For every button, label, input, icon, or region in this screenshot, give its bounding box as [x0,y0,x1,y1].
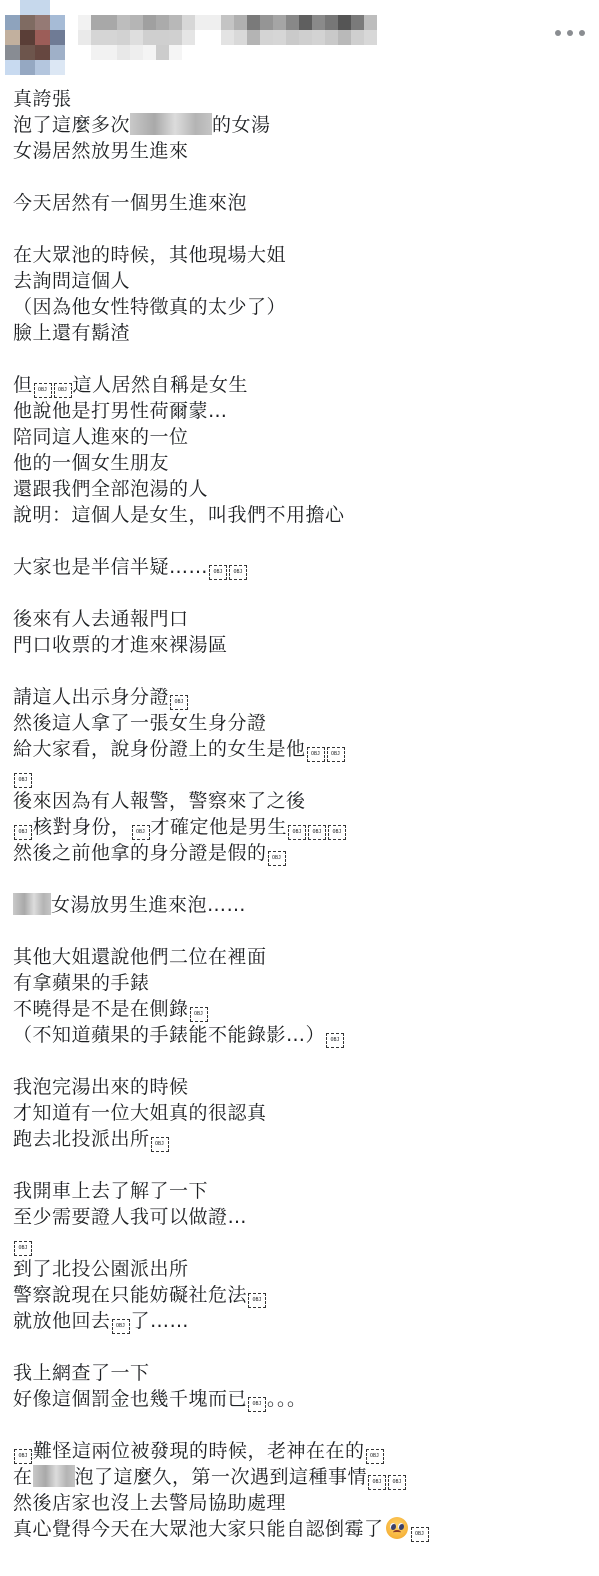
avatar-pixel [35,30,50,45]
post-text: 泡了這麼久，第一次遇到這種事情 [75,1466,368,1488]
post-text: 他說他是打男性荷爾蒙… [13,400,228,422]
post-header [0,0,599,80]
obj-placeholder-icon: OBJ [14,1449,32,1464]
avatar-pixel [35,45,50,60]
name-blur-pixel [117,30,130,45]
name-blur-pixel [156,30,169,45]
post-text: 有拿蘋果的手錶 [13,972,150,994]
obj-placeholder-icon: OBJ [34,383,52,398]
name-blur-pixel [130,30,143,45]
name-blur-pixel [338,15,351,30]
post-line: 跑去北投派出所OBJ [13,1126,583,1152]
post-line: 女湯居然放男生進來 [13,138,583,164]
name-blur-pixel [312,30,325,45]
name-blur-pixel [299,15,312,30]
name-blur-pixel [221,15,234,30]
name-blur-pixel [364,30,377,45]
avatar-pixel [5,0,20,15]
avatar-pixel [5,45,20,60]
name-blur-pixel [130,15,143,30]
avatar-pixel [50,45,65,60]
post-line: OBJ [13,762,583,788]
post-text: 我上網查了一下 [13,1362,150,1384]
blank-line [13,164,583,190]
post-line: （不知道蘋果的手錶能不能錄影…）OBJ [13,1022,583,1048]
avatar-pixel [5,30,20,45]
post-text: 這人居然自稱是女生 [73,374,249,396]
post-line: （因為他女性特徵真的太少了） [13,294,583,320]
post-text: 在大眾池的時候，其他現場大姐 [13,244,286,266]
name-blur-pixel [78,45,91,60]
name-blur-pixel [195,15,208,30]
post-line: 然後之前他拿的身分證是假的OBJ [13,840,583,866]
post-text: 真誇張 [13,88,72,110]
avatar-pixel [35,15,50,30]
post-body: 真誇張泡了這麼多次的女湯女湯居然放男生進來今天居然有一個男生進來泡在大眾池的時候… [13,86,583,1542]
post-line: 在泡了這麼久，第一次遇到這種事情OBJOBJ [13,1464,583,1490]
name-blur-pixel [169,45,182,60]
name-blur-pixel [104,30,117,45]
blank-line [13,658,583,684]
avatar-pixel [20,0,35,15]
name-blur-pixel [156,15,169,30]
avatar-pixel [20,45,35,60]
post-line: 說明：這個人是女生，叫我們不用擔心 [13,502,583,528]
post-text: 陪同這人進來的一位 [13,426,189,448]
name-blur-pixel [325,45,338,60]
name-blur-pixel [195,45,208,60]
obj-placeholder-icon: OBJ [209,565,227,580]
name-blur-pixel [234,30,247,45]
post-text: 至少需要證人我可以做證… [13,1206,247,1228]
obj-placeholder-icon: OBJ [248,1397,266,1412]
name-blur-pixel [351,45,364,60]
post-line: OBJ難怪這兩位被發現的時候，老神在在的OBJ [13,1438,583,1464]
obj-placeholder-icon: OBJ [307,747,325,762]
post-line: 其他大姐還說他們二位在裡面 [13,944,583,970]
more-horizontal-icon [567,30,573,36]
name-blur-pixel [312,45,325,60]
name-blur-pixel [260,15,273,30]
name-blur-pixel [364,45,377,60]
avatar-pixel [5,60,20,75]
post-line: 不曉得是不是在側錄OBJ [13,996,583,1022]
name-blur-pixel [338,45,351,60]
obj-placeholder-icon: OBJ [411,1527,429,1542]
post-text: 說明：這個人是女生，叫我們不用擔心 [13,504,345,526]
post-text: 在 [13,1466,33,1488]
post-text: 然後店家也沒上去警局協助處理 [13,1492,286,1514]
avatar-pixel [20,15,35,30]
post-line: 到了北投公園派出所 [13,1256,583,1282]
post-line: 臉上還有鬍渣 [13,320,583,346]
more-horizontal-icon [555,30,561,36]
post-text: 門口收票的才進來裸湯區 [13,634,228,656]
post-line: 真心覺得今天在大眾池大家只能自認倒霉了OBJ [13,1516,583,1542]
post-line: 女湯放男生進來泡…… [13,892,583,918]
name-blur-pixel [312,15,325,30]
blank-line [13,1152,583,1178]
name-blur-pixel [117,45,130,60]
post-text: 女湯居然放男生進來 [13,140,189,162]
post-text: 了…… [131,1310,190,1332]
blank-line [13,1048,583,1074]
obj-placeholder-icon: OBJ [151,1137,169,1152]
name-blur-pixel [325,15,338,30]
name-blur-pixel [169,30,182,45]
name-blur-pixel [338,30,351,45]
name-blur-pixel [299,30,312,45]
name-blur-pixel [182,30,195,45]
name-blur-pixel [195,30,208,45]
obj-placeholder-icon: OBJ [170,695,188,710]
post-text: 還跟我們全部泡湯的人 [13,478,208,500]
name-blur-pixel [104,45,117,60]
post-text: 。。。 [267,1388,307,1410]
post-text: 今天居然有一個男生進來泡 [13,192,247,214]
avatar-pixel [50,0,65,15]
obj-placeholder-icon: OBJ [229,565,247,580]
name-blur-pixel [208,15,221,30]
name-blur-pixel [247,15,260,30]
post-line: 但OBJOBJ這人居然自稱是女生 [13,372,583,398]
blank-line [13,1334,583,1360]
post-line: 後來有人去通報門口 [13,606,583,632]
obj-placeholder-icon: OBJ [327,747,345,762]
post-line: 給大家看，說身份證上的女生是他OBJOBJ [13,736,583,762]
blank-line [13,528,583,554]
name-blur-pixel [247,30,260,45]
post-line: 陪同這人進來的一位 [13,424,583,450]
obj-placeholder-icon: OBJ [248,1293,266,1308]
more-options-button[interactable] [555,25,585,41]
blank-line [13,346,583,372]
post-line: 泡了這麼多次的女湯 [13,112,583,138]
name-blur-pixel [260,30,273,45]
post-line: 就放他回去OBJ了…… [13,1308,583,1334]
obj-placeholder-icon: OBJ [388,1475,406,1490]
post-text: 然後之前他拿的身分證是假的 [13,842,267,864]
name-blur-pixel [221,45,234,60]
name-blur-pixel [299,45,312,60]
post-line: 至少需要證人我可以做證… [13,1204,583,1230]
name-blur-pixel [273,30,286,45]
post-line: 還跟我們全部泡湯的人 [13,476,583,502]
obj-placeholder-icon: OBJ [14,825,32,840]
post-text: 他的一個女生朋友 [13,452,169,474]
post-line: 然後店家也沒上去警局協助處理 [13,1490,583,1516]
name-blur-pixel [143,15,156,30]
blank-line [13,866,583,892]
avatar-pixel [20,30,35,45]
post-line: 在大眾池的時候，其他現場大姐 [13,242,583,268]
censored-blur [130,113,212,135]
name-blur-pixel [234,15,247,30]
name-blur-pixel [286,15,299,30]
post-text: 但 [13,374,33,396]
blank-line [13,580,583,606]
post-text: 才知道有一位大姐真的很認真 [13,1102,267,1124]
name-blur-pixel [78,30,91,45]
post-text: 好像這個罰金也幾千塊而已 [13,1388,247,1410]
name-blur-pixel [273,15,286,30]
name-blur-pixel [260,45,273,60]
avatar-pixel [35,60,50,75]
name-blur-pixel [156,45,169,60]
post-text: 女湯放男生進來泡…… [51,894,246,916]
name-blur-pixel [91,30,104,45]
name-blur-pixel [351,30,364,45]
obj-placeholder-icon: OBJ [14,773,32,788]
post-text: 警察說現在只能妨礙社危法 [13,1284,247,1306]
obj-placeholder-icon: OBJ [54,383,72,398]
avatar-pixel [5,15,20,30]
post-text: 難怪這兩位被發現的時候，老神在在的 [33,1440,365,1462]
post-line: 警察說現在只能妨礙社危法OBJ [13,1282,583,1308]
name-blur-pixel [169,15,182,30]
post-line: 請這人出示身分證OBJ [13,684,583,710]
name-blur-pixel [117,15,130,30]
obj-placeholder-icon: OBJ [326,1033,344,1048]
name-blur-pixel [182,45,195,60]
post-line: 好像這個罰金也幾千塊而已OBJ。。。 [13,1386,583,1412]
avatar-pixel [50,30,65,45]
post-line: 他的一個女生朋友 [13,450,583,476]
post-text: 給大家看，說身份證上的女生是他 [13,738,306,760]
post-text: 去詢問這個人 [13,270,130,292]
avatar-pixel [20,60,35,75]
post-text: 臉上還有鬍渣 [13,322,130,344]
post-line: 才知道有一位大姐真的很認真 [13,1100,583,1126]
name-blur-pixel [273,45,286,60]
obj-placeholder-icon: OBJ [190,1007,208,1022]
post-line: 門口收票的才進來裸湯區 [13,632,583,658]
post-line: 然後這人拿了一張女生身分證 [13,710,583,736]
post-text: 的女湯 [212,114,271,136]
name-blur-pixel [130,45,143,60]
post-line: 他說他是打男性荷爾蒙… [13,398,583,424]
post-text: 就放他回去 [13,1310,111,1332]
post-text: 泡了這麼多次 [13,114,130,136]
obj-placeholder-icon: OBJ [268,851,286,866]
name-blur-pixel [143,45,156,60]
name-blur-pixel [78,15,91,30]
post-text: 其他大姐還說他們二位在裡面 [13,946,267,968]
blank-line [13,216,583,242]
name-blur-pixel [143,30,156,45]
name-blur-pixel [91,15,104,30]
post-text: 我泡完湯出來的時候 [13,1076,189,1098]
post-line: 後來因為有人報警，警察來了之後 [13,788,583,814]
author-name-blurred[interactable] [78,15,368,60]
post-line: 今天居然有一個男生進來泡 [13,190,583,216]
obj-placeholder-icon: OBJ [112,1319,130,1334]
avatar-pixel [35,0,50,15]
avatar-pixel [50,15,65,30]
obj-placeholder-icon: OBJ [328,825,346,840]
obj-placeholder-icon: OBJ [368,1475,386,1490]
post-text: （因為他女性特徵真的太少了） [13,296,286,318]
name-blur-pixel [208,45,221,60]
post-text: 真心覺得今天在大眾池大家只能自認倒霉了 [13,1518,384,1540]
obj-placeholder-icon: OBJ [132,825,150,840]
emoji-mouth [393,1530,401,1535]
post-line: OBJ [13,1230,583,1256]
name-blur-pixel [182,15,195,30]
post-text: 才確定他是男生 [151,816,288,838]
name-blur-pixel [325,30,338,45]
name-blur-pixel [286,45,299,60]
name-blur-pixel [247,45,260,60]
post-line: OBJ核對身份，OBJ才確定他是男生OBJOBJOBJ [13,814,583,840]
post-text: 然後這人拿了一張女生身分證 [13,712,267,734]
name-blur-pixel [208,30,221,45]
post-text: 到了北投公園派出所 [13,1258,189,1280]
post-text: 請這人出示身分證 [13,686,169,708]
post-text: 跑去北投派出所 [13,1128,150,1150]
post-text: 後來因為有人報警，警察來了之後 [13,790,306,812]
obj-placeholder-icon: OBJ [308,825,326,840]
more-horizontal-icon [579,30,585,36]
post-text: 後來有人去通報門口 [13,608,189,630]
post-line: 我開車上去了解了一下 [13,1178,583,1204]
avatar-pixel [50,60,65,75]
censored-blur [33,1465,75,1487]
post-line: 真誇張 [13,86,583,112]
avatar[interactable] [5,0,65,72]
post-line: 去詢問這個人 [13,268,583,294]
name-blur-pixel [104,15,117,30]
post-line: 我泡完湯出來的時候 [13,1074,583,1100]
name-blur-pixel [234,45,247,60]
post-line: 有拿蘋果的手錶 [13,970,583,996]
post-text: 不曉得是不是在側錄 [13,998,189,1020]
pleading-face-emoji [386,1517,408,1539]
post-text: 大家也是半信半疑…… [13,556,208,578]
post-text: （不知道蘋果的手錶能不能錄影…） [13,1024,325,1046]
blank-line [13,1412,583,1438]
blank-line [13,918,583,944]
post-line: 大家也是半信半疑……OBJOBJ [13,554,583,580]
name-blur-pixel [351,15,364,30]
name-blur-pixel [91,45,104,60]
obj-placeholder-icon: OBJ [288,825,306,840]
name-blur-pixel [286,30,299,45]
obj-placeholder-icon: OBJ [14,1241,32,1256]
post-text: 我開車上去了解了一下 [13,1180,208,1202]
name-blur-pixel [221,30,234,45]
post-line: 我上網查了一下 [13,1360,583,1386]
name-blur-pixel [364,15,377,30]
post-text: 核對身份， [33,816,131,838]
obj-placeholder-icon: OBJ [366,1449,384,1464]
censored-blur [13,893,51,915]
